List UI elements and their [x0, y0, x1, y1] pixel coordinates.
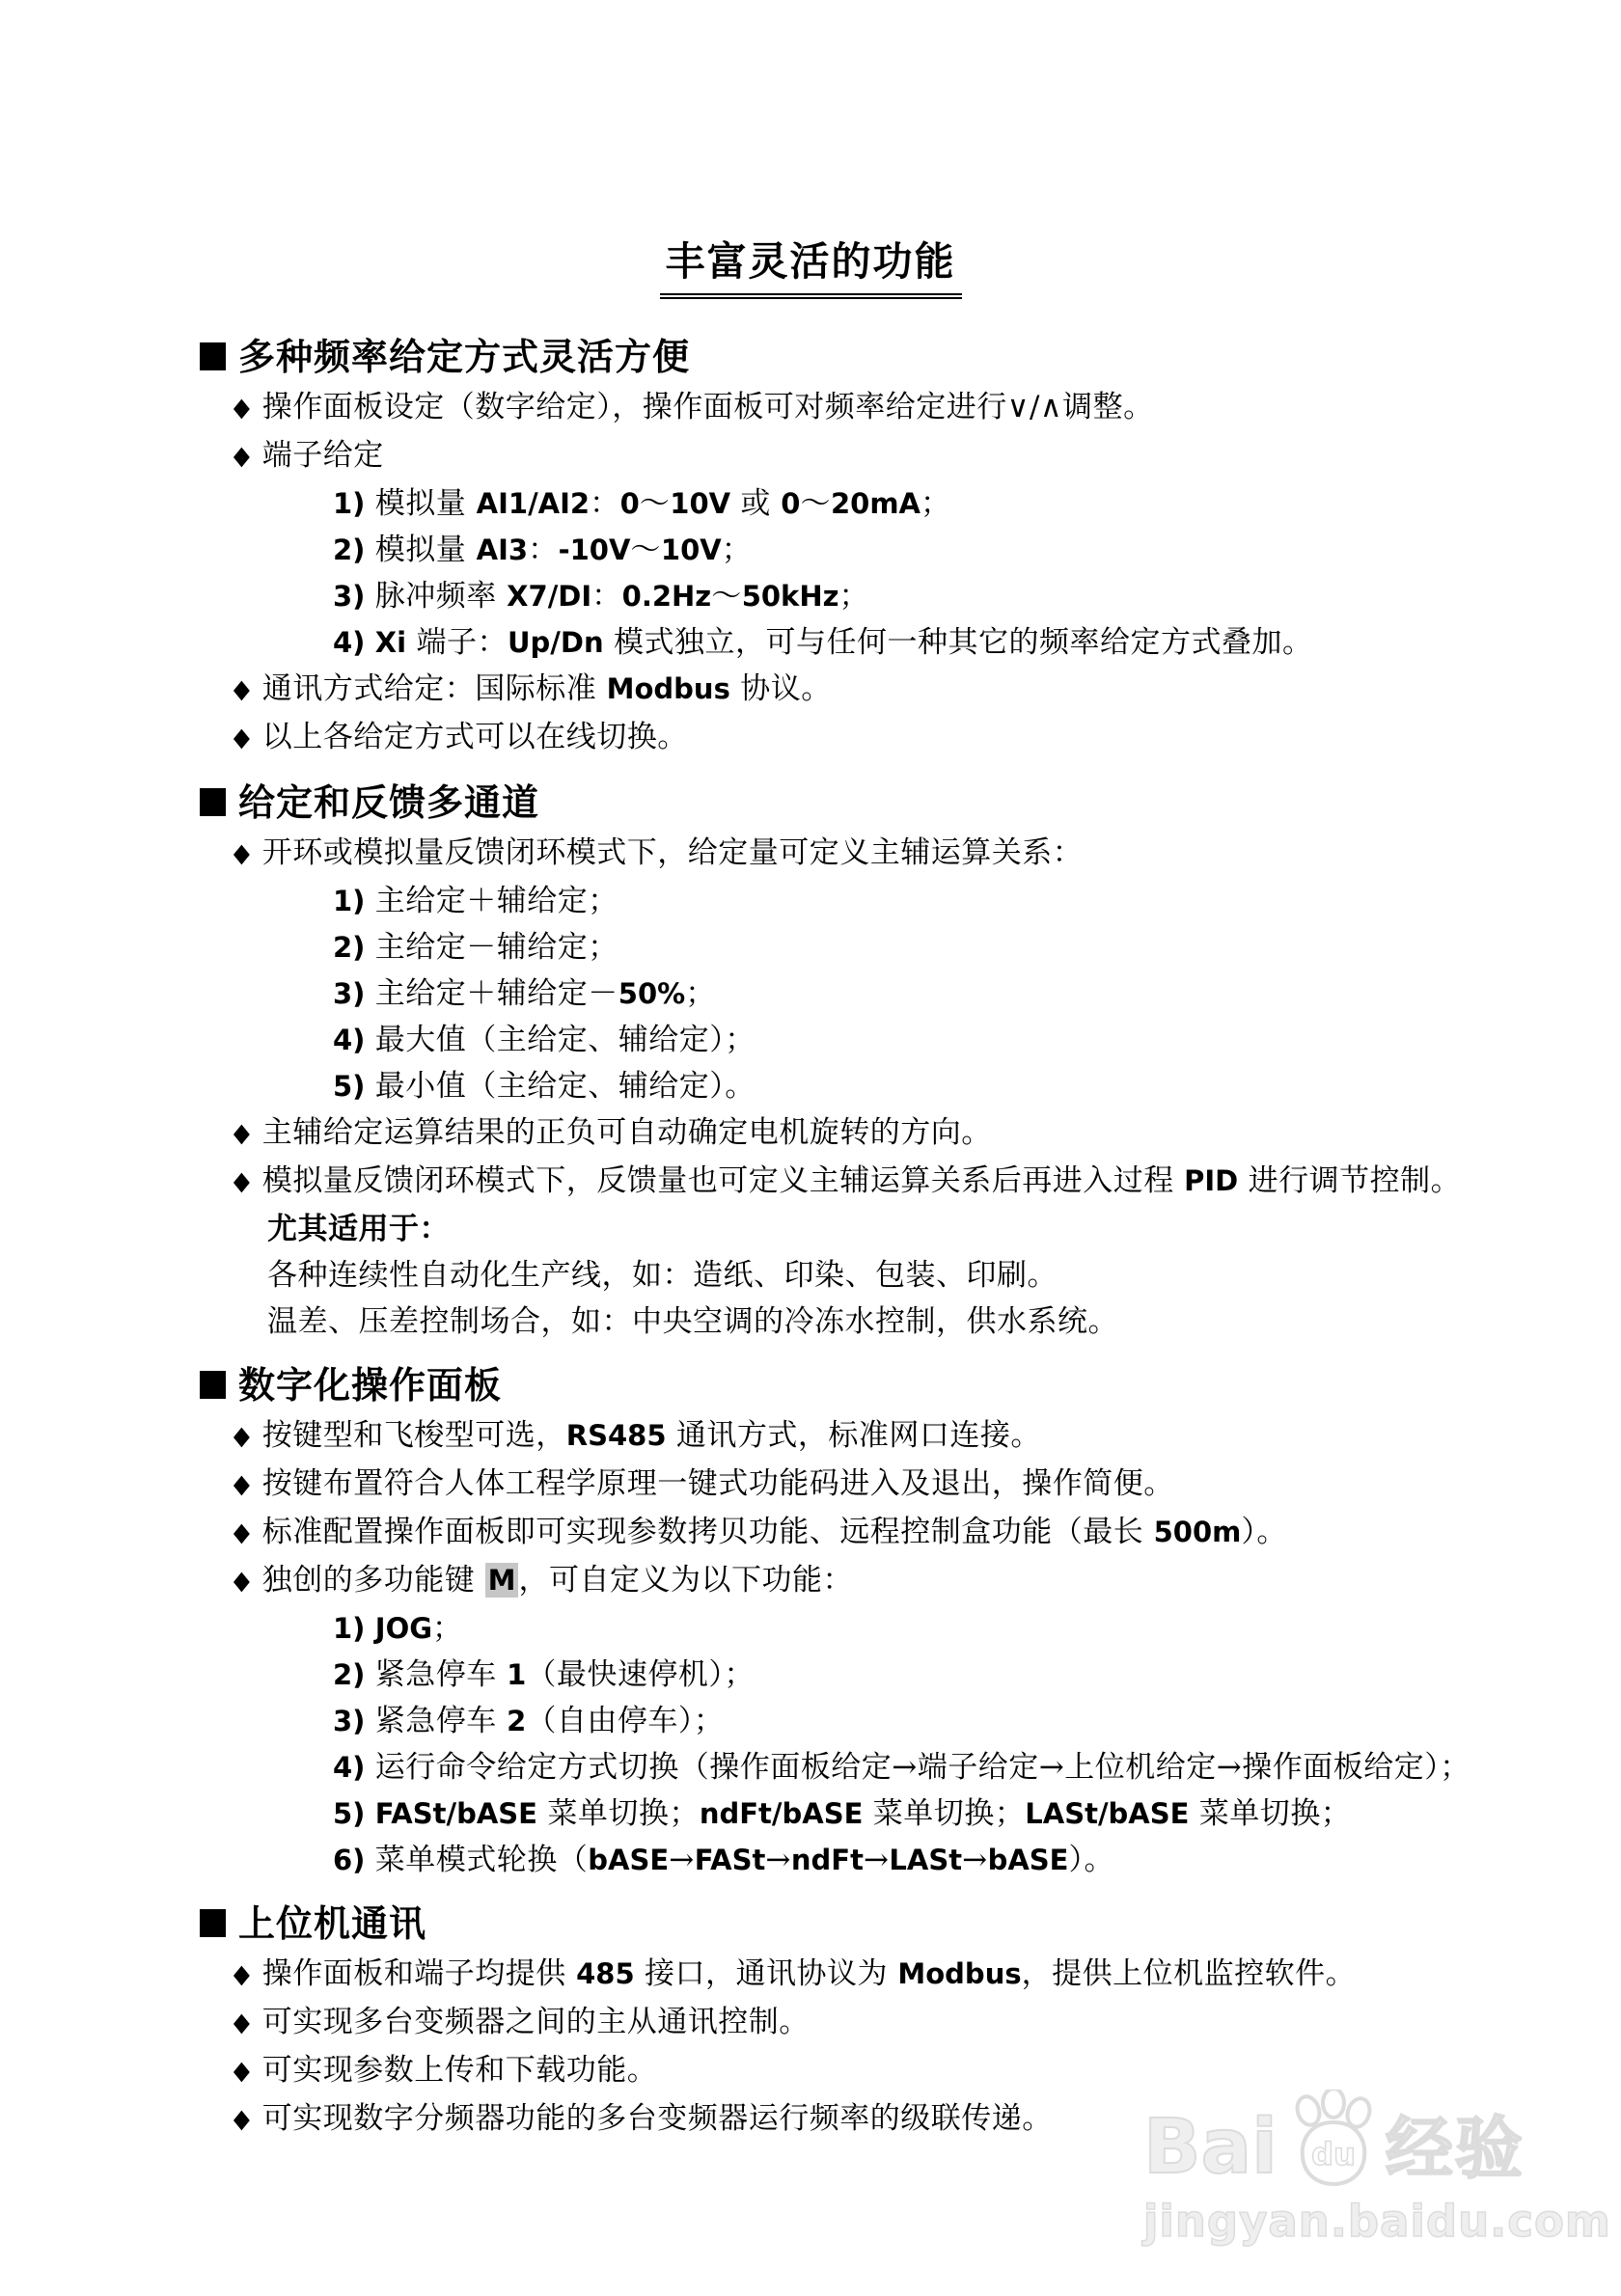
watermark-url: jingyan.baidu.com [1143, 2196, 1587, 2247]
bullet-item: ◆标准配置操作面板即可实现参数拷贝功能、远程控制盒功能（最长 500m）。 [0, 1509, 1621, 1557]
bullet-item: ◆主辅给定运算结果的正负可自动确定电机旋转的方向。 [0, 1109, 1621, 1158]
item-text: 按键布置符合人体工程学原理一键式功能码进入及退出，操作简便。 [262, 1466, 1174, 1501]
diamond-bullet-icon: ◆ [234, 385, 250, 431]
black-square-icon [200, 1371, 226, 1399]
sections: 多种频率给定方式灵活方便◆操作面板设定（数字给定），操作面板可对频率给定进行∨/… [0, 330, 1621, 2144]
item-text: 3) 主给定＋辅给定－50%； [333, 976, 716, 1011]
baidu-logo-du-text: du [1311, 2136, 1356, 2173]
text-line: 温差、压差控制场合，如：中央空调的冷冻水控制，供水系统。 [0, 1298, 1621, 1345]
section-heading: 多种频率给定方式灵活方便 [0, 330, 1621, 384]
section-title: 上位机通讯 [238, 1902, 426, 1945]
baidu-paw-icon: du [1279, 2090, 1384, 2190]
item-text: 5) FASt/bASE 菜单切换；ndFt/bASE 菜单切换；LASt/bA… [333, 1796, 1351, 1831]
bullet-item: ◆按键布置符合人体工程学原理一键式功能码进入及退出，操作简便。 [0, 1461, 1621, 1509]
item-text: 3) 紧急停车 2（自由停车）； [333, 1704, 724, 1738]
diamond-bullet-icon: ◆ [234, 1462, 250, 1508]
bullet-item: ◆开环或模拟量反馈闭环模式下，给定量可定义主辅运算关系： [0, 830, 1621, 878]
black-square-icon [200, 1909, 226, 1937]
item-text: 以上各给定方式可以在线切换。 [262, 720, 688, 754]
baidu-watermark: Bai du 经验 jingyan.baidu.com [1143, 2101, 1587, 2247]
numbered-item: 1) 模拟量 AI1/AI2：0～10V 或 0～20mA； [0, 480, 1621, 527]
bullet-item: ◆端子给定 [0, 432, 1621, 480]
item-text: 2) 紧急停车 1（最快速停机）； [333, 1657, 755, 1692]
item-text: 操作面板设定（数字给定），操作面板可对频率给定进行∨/∧调整。 [262, 390, 1154, 424]
bullet-item: ◆操作面板和端子均提供 485 接口，通讯协议为 Modbus，提供上位机监控软… [0, 1951, 1621, 1999]
item-text: 4) 最大值（主给定、辅给定）； [333, 1023, 756, 1057]
item-text: 2) 模拟量 AI3：-10V～10V； [333, 533, 752, 567]
diamond-bullet-icon: ◆ [234, 433, 250, 479]
diamond-bullet-icon: ◆ [234, 1558, 250, 1604]
numbered-item: 1) JOG； [0, 1605, 1621, 1652]
item-text: 主辅给定运算结果的正负可自动确定电机旋转的方向。 [262, 1115, 992, 1150]
item-text: 1) JOG； [333, 1611, 463, 1646]
item-text: 按键型和飞梭型可选，RS485 通讯方式，标准网口连接。 [262, 1418, 1041, 1453]
diamond-bullet-icon: ◆ [234, 2000, 250, 2046]
numbered-item: 4) Xi 端子：Up/Dn 模式独立，可与任何一种其它的频率给定方式叠加。 [0, 619, 1621, 666]
item-text: 3) 脉冲频率 X7/DI：0.2Hz～50kHz； [333, 579, 869, 614]
item-text: 4) 运行命令给定方式切换（操作面板给定→端子给定→上位机给定→操作面板给定）； [333, 1750, 1470, 1785]
item-text: 开环或模拟量反馈闭环模式下，给定量可定义主辅运算关系： [262, 835, 1084, 870]
section-title: 多种频率给定方式灵活方便 [238, 336, 690, 378]
numbered-item: 5) FASt/bASE 菜单切换；ndFt/bASE 菜单切换；LASt/bA… [0, 1790, 1621, 1837]
bullet-item: ◆通讯方式给定：国际标准 Modbus 协议。 [0, 666, 1621, 714]
numbered-item: 5) 最小值（主给定、辅给定）。 [0, 1063, 1621, 1109]
page-title-wrap: 丰富灵活的功能 [0, 0, 1621, 299]
diamond-bullet-icon: ◆ [234, 1510, 250, 1556]
item-text: 端子给定 [262, 438, 384, 473]
bullet-item: ◆独创的多功能键 M，可自定义为以下功能： [0, 1557, 1621, 1605]
baidu-experience-text: 经验 [1386, 2107, 1525, 2190]
black-square-icon [200, 788, 226, 816]
baidu-logo: Bai du 经验 [1143, 2101, 1587, 2190]
item-text: 6) 菜单模式轮换（bASE→FASt→ndFt→LASt→bASE）。 [333, 1843, 1114, 1877]
item-text: 尤其适用于： [267, 1212, 450, 1246]
item-text: 2) 主给定－辅给定； [333, 930, 618, 965]
numbered-item: 3) 脉冲频率 X7/DI：0.2Hz～50kHz； [0, 573, 1621, 619]
section-heading: 上位机通讯 [0, 1897, 1621, 1951]
diamond-bullet-icon: ◆ [234, 1159, 250, 1205]
section-title: 数字化操作面板 [238, 1364, 502, 1407]
item-text: 温差、压差控制场合，如：中央空调的冷冻水控制，供水系统。 [267, 1304, 1118, 1339]
numbered-item: 2) 模拟量 AI3：-10V～10V； [0, 527, 1621, 573]
section-title: 给定和反馈多通道 [238, 781, 539, 824]
numbered-item: 3) 主给定＋辅给定－50%； [0, 970, 1621, 1017]
diamond-bullet-icon: ◆ [234, 1952, 250, 1998]
item-text: 5) 最小值（主给定、辅给定）。 [333, 1069, 756, 1104]
numbered-item: 4) 最大值（主给定、辅给定）； [0, 1017, 1621, 1063]
item-text: 通讯方式给定：国际标准 Modbus 协议。 [262, 671, 832, 706]
document-page: 丰富灵活的功能 多种频率给定方式灵活方便◆操作面板设定（数字给定），操作面板可对… [0, 0, 1621, 2296]
diamond-bullet-icon: ◆ [234, 2096, 250, 2143]
item-text: 1) 主给定＋辅给定； [333, 884, 618, 918]
item-text: 4) Xi 端子：Up/Dn 模式独立，可与任何一种其它的频率给定方式叠加。 [333, 625, 1312, 660]
item-text: 可实现参数上传和下载功能。 [262, 2053, 658, 2088]
numbered-item: 4) 运行命令给定方式切换（操作面板给定→端子给定→上位机给定→操作面板给定）； [0, 1744, 1621, 1790]
item-text: 可实现多台变频器之间的主从通讯控制。 [262, 2005, 810, 2039]
diamond-bullet-icon: ◆ [234, 1110, 250, 1157]
diamond-bullet-icon: ◆ [234, 667, 250, 713]
bullet-item: ◆模拟量反馈闭环模式下，反馈量也可定义主辅运算关系后再进入过程 PID 进行调节… [0, 1158, 1621, 1206]
numbered-item: 2) 紧急停车 1（最快速停机）； [0, 1652, 1621, 1698]
text-line: 各种连续性自动化生产线，如：造纸、印染、包装、印刷。 [0, 1252, 1621, 1298]
item-text: 操作面板和端子均提供 485 接口，通讯协议为 Modbus，提供上位机监控软件… [262, 1956, 1356, 1991]
diamond-bullet-icon: ◆ [234, 715, 250, 761]
diamond-bullet-icon: ◆ [234, 1413, 250, 1460]
numbered-item: 1) 主给定＋辅给定； [0, 878, 1621, 924]
item-text: 1) 模拟量 AI1/AI2：0～10V 或 0～20mA； [333, 486, 951, 521]
item-text: 模拟量反馈闭环模式下，反馈量也可定义主辅运算关系后再进入过程 PID 进行调节控… [262, 1163, 1461, 1198]
item-text: 独创的多功能键 M，可自定义为以下功能： [262, 1563, 853, 1598]
item-text: 标准配置操作面板即可实现参数拷贝功能、远程控制盒功能（最长 500m）。 [262, 1515, 1287, 1549]
diamond-bullet-icon: ◆ [234, 831, 250, 877]
page-title: 丰富灵活的功能 [660, 230, 962, 299]
numbered-item: 2) 主给定－辅给定； [0, 924, 1621, 970]
numbered-item: 3) 紧急停车 2（自由停车）； [0, 1698, 1621, 1744]
text-line: 尤其适用于： [0, 1206, 1621, 1252]
item-text: 各种连续性自动化生产线，如：造纸、印染、包装、印刷。 [267, 1258, 1058, 1293]
bullet-item: ◆以上各给定方式可以在线切换。 [0, 714, 1621, 762]
bullet-item: ◆可实现参数上传和下载功能。 [0, 2047, 1621, 2095]
section-heading: 给定和反馈多通道 [0, 776, 1621, 830]
numbered-item: 6) 菜单模式轮换（bASE→FASt→ndFt→LASt→bASE）。 [0, 1837, 1621, 1883]
item-text: 可实现数字分频器功能的多台变频器运行频率的级联传递。 [262, 2101, 1053, 2136]
bullet-item: ◆可实现多台变频器之间的主从通讯控制。 [0, 1999, 1621, 2047]
bullet-item: ◆操作面板设定（数字给定），操作面板可对频率给定进行∨/∧调整。 [0, 384, 1621, 432]
diamond-bullet-icon: ◆ [234, 2048, 250, 2094]
section-heading: 数字化操作面板 [0, 1358, 1621, 1412]
bullet-item: ◆按键型和飞梭型可选，RS485 通讯方式，标准网口连接。 [0, 1412, 1621, 1461]
baidu-logo-bai-text: Bai [1143, 2105, 1278, 2190]
black-square-icon [200, 342, 226, 370]
